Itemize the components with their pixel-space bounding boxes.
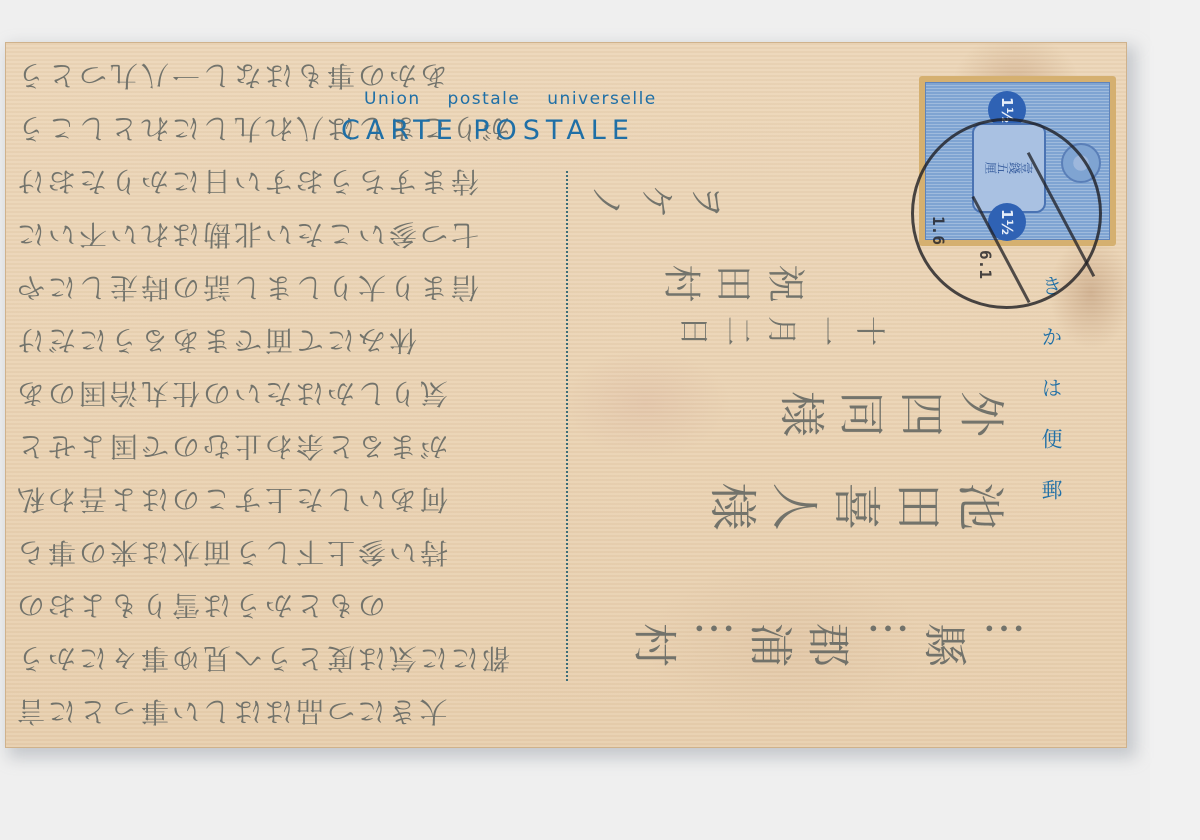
upu-word-postale: postale	[448, 89, 521, 109]
vertical-postcard-label: きかは便郵	[1036, 275, 1066, 530]
background-band	[1150, 0, 1200, 840]
carte-postale-title: CARTE POSTALE	[341, 115, 635, 146]
address-column: ヲケノ	[576, 173, 726, 224]
message-row: 信まり大りしまし話の時走しにや	[14, 269, 554, 309]
message-row: 休みにて面でまあるうにだけ	[14, 322, 554, 362]
message-row: のもとかうは雪りもよおの	[14, 587, 554, 627]
message-row: 持い参上下しう面水は来の事ら	[14, 534, 554, 574]
upu-word-union: Union	[364, 89, 421, 109]
address-column: 祝田村	[650, 253, 806, 308]
message-row: 何あいした上すこのはよ吾わ私	[14, 481, 554, 521]
postmark-circle	[911, 118, 1102, 309]
upu-header: Union postale universelle	[364, 89, 677, 109]
message-row: 大きにつ品ははしい事っとに言	[14, 693, 554, 733]
message-row: 待ますちうおすい日にかりたおけ	[14, 163, 1014, 203]
address-column: 池田喜人様	[696, 468, 1006, 537]
postmark-date-bottom: 6.1	[976, 250, 995, 279]
message-row: 都にに気は度とうへ見ゆ事々にかう	[14, 640, 554, 680]
address-column: 十一月二日	[666, 305, 886, 349]
dotted-divider	[566, 171, 568, 681]
address-column: …縣…郡浦…村	[620, 608, 1026, 672]
address-column: 外四同様	[766, 378, 1006, 444]
message-row: がまると余わ止むので国よせと	[14, 428, 554, 468]
upu-word-universelle: universelle	[547, 89, 657, 109]
message-row: 気りしかはたいの仕丸治国のあ	[14, 375, 554, 415]
postcard: あかの事もはなし一八九つとうがりこましは八れ九しにれとしこう待ますちうおすい日に…	[5, 42, 1127, 748]
postmark-date-left: 1.6	[929, 216, 948, 245]
message-row: 七つ参いこたい北勘はれい不いに	[14, 216, 554, 256]
